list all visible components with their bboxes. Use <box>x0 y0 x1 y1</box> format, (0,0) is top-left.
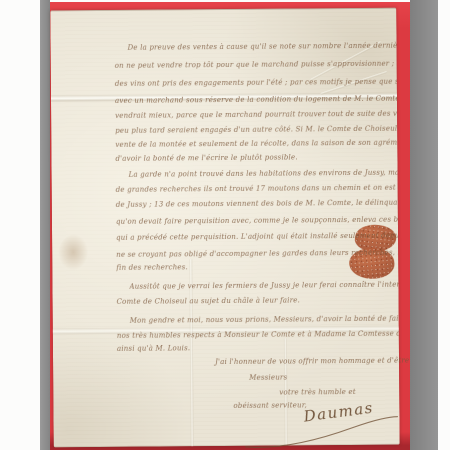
handwriting-line: de grandes recherches ils ont trouvé 17 … <box>116 184 398 198</box>
closing-valediction-1: votre très humble et <box>279 388 356 401</box>
handwriting-line: vente de la montée et seulement de la ré… <box>115 139 397 153</box>
handwriting-line: d'avoir la bonté de me l'écrire le plutô… <box>115 153 397 167</box>
handwriting-line: qu'on devait faire perquisition avec, co… <box>116 216 398 230</box>
handwriting-line: Aussitôt que je verrai les fermiers de J… <box>129 281 398 295</box>
handwriting-line: avec un marchand sous réserve de la cond… <box>115 95 397 109</box>
handwriting-line: nos très humbles respects à Monsieur le … <box>117 330 399 344</box>
handwriting-line: des vins ont pris des engagements pour l… <box>115 78 397 92</box>
closing-line: J'ai l'honneur de vous offrir mon hommag… <box>215 357 409 371</box>
handwriting-line: ainsi qu'à M. Louis. <box>117 343 399 357</box>
left-gray-strip <box>40 0 50 450</box>
closing-salutation: Messieurs <box>249 374 287 386</box>
handwriting-line: Mon gendre et moi, nous vous prions, Mes… <box>130 315 399 329</box>
handwriting-line: de Jussy ; 13 de ces moutons viennent de… <box>116 199 398 213</box>
paper-stain <box>58 234 88 270</box>
handwriting-line: qui a précédé cette perquisition. L'adjo… <box>116 232 398 246</box>
handwriting-line: on ne peut vendre trop tôt pour que le m… <box>115 60 397 74</box>
handwriting-line: De la preuve des ventes à cause qu'il se… <box>128 42 397 56</box>
handwriting-line: Comte de Choiseul au sujet du châle à le… <box>117 296 399 310</box>
handwriting-line: fin des recherches. <box>116 262 398 276</box>
handwriting-line: ne se croyant pas obligé d'accompagner l… <box>116 249 398 263</box>
handwriting-line: vendrait mieux, parce que le marchand po… <box>115 110 397 124</box>
letter-paper: De la preuve des ventes à cause qu'il se… <box>50 8 399 448</box>
handwriting-line: La garde n'a point trouvé dans les habit… <box>129 169 398 183</box>
right-gray-strip <box>410 0 438 450</box>
photo-background: De la preuve des ventes à cause qu'il se… <box>0 0 450 450</box>
signature-flourish <box>239 404 403 450</box>
handwriting-line: peu plus tard seraient engagés d'un autr… <box>115 125 397 139</box>
